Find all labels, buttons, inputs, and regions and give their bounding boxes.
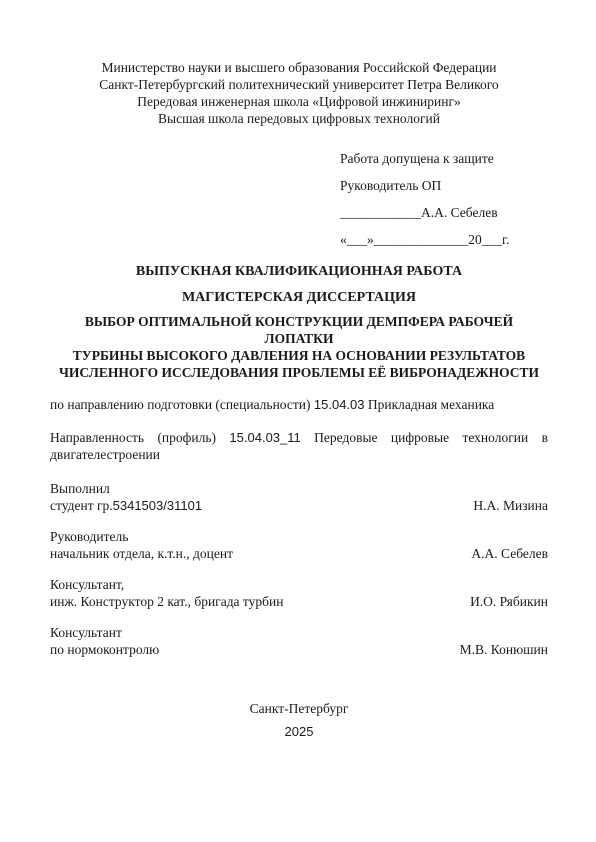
specialty-line: по направлению подготовки (специальности…	[50, 396, 548, 413]
profile-line2: двигателестроении	[50, 446, 548, 463]
profile-line-justified: Направленность (профиль) 15.04.03_11 Пер…	[50, 429, 548, 446]
signature-name: Н.А. Мизина	[473, 497, 548, 514]
profile-word: технологии	[462, 429, 528, 446]
signature-name: М.В. Конюшин	[460, 641, 548, 658]
signature-role-line2: инж. Конструктор 2 кат., бригада турбин	[50, 593, 283, 610]
thesis-title-line3: ЧИСЛЕННОГО ИССЛЕДОВАНИЯ ПРОБЛЕМЫ ЕЁ ВИБР…	[50, 364, 548, 381]
profile-code: 15.04.03_11	[229, 429, 300, 446]
profile-word: (профиль)	[157, 429, 216, 446]
profile-word: цифровые	[391, 429, 449, 446]
approval-signature-line: ____________А.А. Себелев	[340, 199, 548, 226]
signature-block-consultant: Консультант, инж. Конструктор 2 кат., бр…	[50, 576, 548, 610]
signature-name: И.О. Рябикин	[470, 593, 548, 610]
approval-admitted-line: Работа допущена к защите	[340, 145, 548, 172]
profile-word: Направленность	[50, 429, 144, 446]
signature-role-line2: начальник отдела, к.т.н., доцент	[50, 545, 233, 562]
signature-block-norm-control: Консультант по нормоконтролю М.В. Конюши…	[50, 624, 548, 658]
thesis-title: ВЫБОР ОПТИМАЛЬНОЙ КОНСТРУКЦИИ ДЕМПФЕРА Р…	[50, 313, 548, 381]
work-type-line2: МАГИСТЕРСКАЯ ДИССЕРТАЦИЯ	[50, 285, 548, 311]
org-header-line-university: Санкт-Петербургский политехнический унив…	[50, 76, 548, 93]
specialty-prefix: по направлению подготовки (специальности…	[50, 397, 311, 412]
org-header-line-ministry: Министерство науки и высшего образования…	[50, 59, 548, 76]
work-type-line1: ВЫПУСКНАЯ КВАЛИФИКАЦИОННАЯ РАБОТА	[50, 259, 548, 285]
signature-role-line2: студент гр.5341503/31101	[50, 497, 202, 514]
approval-block: Работа допущена к защите Руководитель ОП…	[340, 145, 548, 253]
profile-word: в	[542, 429, 548, 446]
student-group-code: 5341503/31101	[113, 498, 202, 513]
footer-city: Санкт-Петербург	[50, 700, 548, 717]
document-page: Министерство науки и высшего образования…	[0, 0, 596, 842]
signature-role-line1: Руководитель	[50, 528, 548, 545]
thesis-title-line2: ТУРБИНЫ ВЫСОКОГО ДАВЛЕНИЯ НА ОСНОВАНИИ Р…	[50, 347, 548, 364]
page-footer: Санкт-Петербург 2025	[50, 700, 548, 740]
signature-block-supervisor: Руководитель начальник отдела, к.т.н., д…	[50, 528, 548, 562]
org-header-line-graduate-school: Высшая школа передовых цифровых технолог…	[50, 110, 548, 127]
signature-role-line1: Консультант,	[50, 576, 548, 593]
footer-year: 2025	[50, 723, 548, 740]
signature-block-student: Выполнил студент гр.5341503/31101 Н.А. М…	[50, 480, 548, 514]
approval-date-line: «___»______________20___г.	[340, 226, 548, 253]
signature-role-line1: Выполнил	[50, 480, 548, 497]
organization-header: Министерство науки и высшего образования…	[50, 59, 548, 127]
signature-name: А.А. Себелев	[471, 545, 548, 562]
signature-role-line2: по нормоконтролю	[50, 641, 159, 658]
thesis-title-line1: ВЫБОР ОПТИМАЛЬНОЙ КОНСТРУКЦИИ ДЕМПФЕРА Р…	[50, 313, 548, 347]
specialty-code: 15.04.03	[314, 397, 365, 412]
signature-role-line1: Консультант	[50, 624, 548, 641]
approval-supervisor-line: Руководитель ОП	[340, 172, 548, 199]
specialty-name: Прикладная механика	[368, 397, 494, 412]
work-type-headings: ВЫПУСКНАЯ КВАЛИФИКАЦИОННАЯ РАБОТА МАГИСТ…	[50, 259, 548, 311]
profile-word: Передовые	[314, 429, 377, 446]
signatures-section: Выполнил студент гр.5341503/31101 Н.А. М…	[50, 480, 548, 658]
org-header-line-school: Передовая инженерная школа «Цифровой инж…	[50, 93, 548, 110]
